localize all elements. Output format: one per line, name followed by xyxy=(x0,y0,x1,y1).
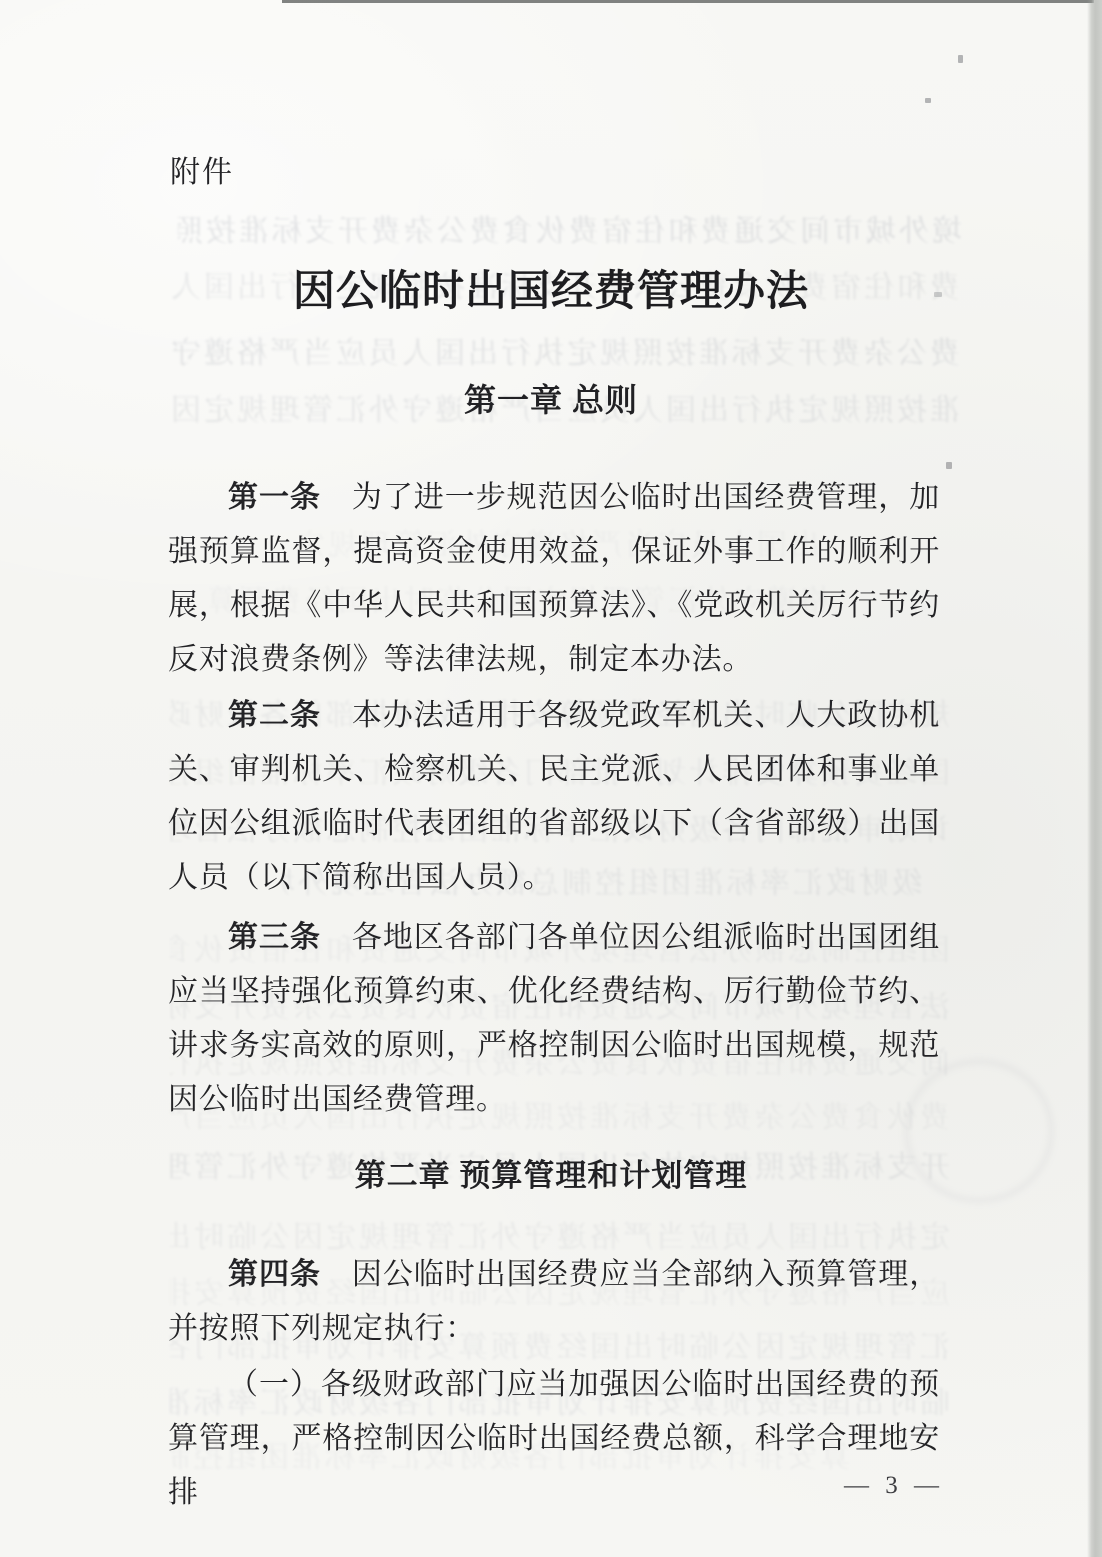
article-1: 第一条 为了进一步规范因公临时出国经费管理，加强预算监督，提高资金使用效益，保证… xyxy=(168,471,940,687)
article-4: 第四条 因公临时出国经费应当全部纳入预算管理，并按照下列规定执行： xyxy=(168,1248,940,1356)
article-3: 第三条 各地区各部门各单位因公组派临时出国团组应当坚持强化预算约束、优化经费结构… xyxy=(168,911,940,1127)
attachment-label: 附件 xyxy=(170,152,234,194)
document-content: 附件 因公临时出国经费管理办法 第一章 总则 第一条 为了进一步规范因公临时出国… xyxy=(0,0,1102,1557)
chapter-1-heading: 第一章 总则 xyxy=(165,380,937,420)
article-2: 第二条 本办法适用于各级党政军机关、人大政协机关、审判机关、检察机关、民主党派、… xyxy=(168,689,940,905)
article-2-lead: 第二条 xyxy=(228,699,321,732)
article-1-lead: 第一条 xyxy=(228,481,321,514)
scanned-document-page: 境外城市间交通费和住宿费伙食费公杂费开支标准按照 费和住宿费伙食费公杂费开支标准… xyxy=(0,0,1102,1557)
article-4-lead: 第四条 xyxy=(228,1258,321,1291)
chapter-2-heading: 第二章 预算管理和计划管理 xyxy=(165,1156,937,1196)
article-3-lead: 第三条 xyxy=(228,921,321,954)
page-number: — 3 — xyxy=(844,1470,944,1502)
article-5-item-1: （一）各级财政部门应当加强因公临时出国经费的预算管理，严格控制因公临时出国经费总… xyxy=(168,1358,940,1520)
document-title: 因公临时出国经费管理办法 xyxy=(160,266,942,318)
article-5-item-1-lead: （一） xyxy=(228,1368,321,1401)
